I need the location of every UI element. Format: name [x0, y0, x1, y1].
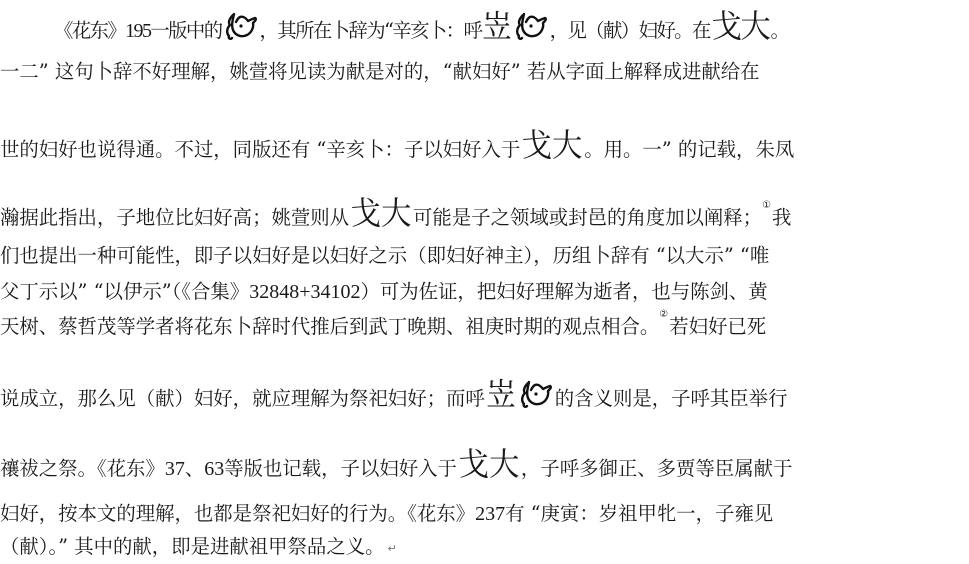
number-text: 63: [204, 457, 224, 481]
text-line: 天树、蔡哲茂等学者将花东卜辞时代推后到武丁晚期、祖庚时期的观点相合。②若妇好已死: [0, 313, 969, 339]
body-text: 的含义则是，子呼其臣举行: [555, 387, 788, 411]
text-line: 禳祓之祭。《花东》37、63 等版也记载，子以妇好入于戈大，子呼多御正、多贾等臣…: [0, 443, 969, 481]
text-line: 瀚据此指出，子地位比妇好高；姚萱则从戈大可能是子之领域或封邑的角度加以阐释；①我: [0, 192, 969, 230]
text-line: 妇好，按本文的理解，也都是祭祀妇好的行为。《花东》237 有 “庚寅：岁祖甲牝一…: [0, 500, 969, 526]
footnote-marker: ①: [762, 194, 771, 218]
text-line: 《花东》195 一版中的，其所在卜辞为“辛亥卜：呼岦，见（献）妇好。在戈大。: [54, 5, 969, 43]
body-text: 等版也记载，子以妇好入于: [224, 457, 457, 481]
body-text: 一二” 这句卜辞不好理解，姚萱将见读为献是对的，“献妇好” 若从字面上解释成进献…: [0, 60, 760, 84]
body-text: 可能是子之领域或封邑的角度加以阐释；: [413, 206, 762, 230]
body-text: ）可为佐证，把妇好理解为逝者，也与陈剑、黄: [360, 280, 767, 304]
body-text: 说成立，那么见（献）妇好，就应理解为祭祀妇好；而呼: [0, 387, 485, 411]
body-text: 、: [185, 457, 204, 481]
text-line: 一二” 这句卜辞不好理解，姚萱将见读为献是对的，“献妇好” 若从字面上解释成进献…: [0, 58, 969, 84]
body-text: 们也提出一种可能性，即子以妇好是以妇好之示（即妇好神主），历组卜辞有 “以大示”…: [0, 244, 769, 268]
text-line: 世的妇好也说得通。不过，同版还有 “辛亥卜：子以妇好入于戈大。用。一” 的记载，…: [0, 124, 969, 162]
text-line: 父丁示以” “以伊示”（《合集》32848+34102）可为佐证，把妇好理解为逝…: [0, 278, 969, 304]
footnote-marker: ②: [659, 303, 668, 327]
number-text: 237: [475, 502, 505, 526]
oracle-bone-glyph-icon: [514, 11, 548, 43]
body-text: 。: [771, 19, 789, 43]
number-text: 195: [125, 19, 150, 43]
oracle-bone-glyph-icon: [519, 379, 553, 411]
body-text: 妇好，按本文的理解，也都是祭祀妇好的行为。《花东》: [0, 502, 475, 526]
number-text: 37: [165, 457, 185, 481]
archaic-character: 戈大: [459, 447, 520, 481]
body-text: 。用。一” 的记载，朱凤: [584, 138, 794, 162]
body-text: 禳祓之祭。《花东》: [0, 457, 165, 481]
body-text: 世的妇好也说得通。不过，同版还有 “辛亥卜：子以妇好入于: [0, 138, 520, 162]
document-page: 《花东》195 一版中的，其所在卜辞为“辛亥卜：呼岦，见（献）妇好。在戈大。一二…: [0, 0, 969, 564]
body-text: 天树、蔡哲茂等学者将花东卜辞时代推后到武丁晚期、祖庚时期的观点相合。: [0, 315, 659, 339]
archaic-character: 岦: [482, 9, 511, 43]
archaic-character: 岦: [486, 377, 516, 411]
archaic-character: 戈大: [522, 128, 583, 162]
body-text: （献）。” 其中的献，即是进献祖甲祭品之义。: [0, 535, 385, 559]
text-line: 们也提出一种可能性，即子以妇好是以妇好之示（即妇好神主），历组卜辞有 “以大示”…: [0, 242, 969, 268]
archaic-character: 戈大: [351, 196, 412, 230]
archaic-character: 戈大: [711, 9, 769, 43]
body-text: 一版中的: [150, 19, 221, 43]
text-line: （献）。” 其中的献，即是进献祖甲祭品之义。↵: [0, 533, 969, 559]
body-text: ，子呼多御正、多贾等臣属献于: [521, 457, 792, 481]
body-text: 瀚据此指出，子地位比妇好高；姚萱则从: [0, 206, 349, 230]
body-text: 《花东》: [54, 19, 125, 43]
body-text: ，见（献）妇好。在: [550, 19, 710, 43]
text-line: 说成立，那么见（献）妇好，就应理解为祭祀妇好；而呼岦的含义则是，子呼其臣举行: [0, 373, 969, 411]
body-text: ，其所在卜辞为“辛亥卜：呼: [260, 19, 482, 43]
paragraph-mark-icon: ↵: [388, 537, 397, 561]
number-text: 32848+34102: [249, 280, 360, 304]
oracle-bone-glyph-icon: [224, 11, 258, 43]
body-text: 父丁示以” “以伊示”（《合集》: [0, 280, 249, 304]
body-text: 若妇好已死: [669, 315, 766, 339]
body-text: 有 “庚寅：岁祖甲牝一，子雍见: [505, 502, 773, 526]
body-text: 我: [772, 206, 791, 230]
